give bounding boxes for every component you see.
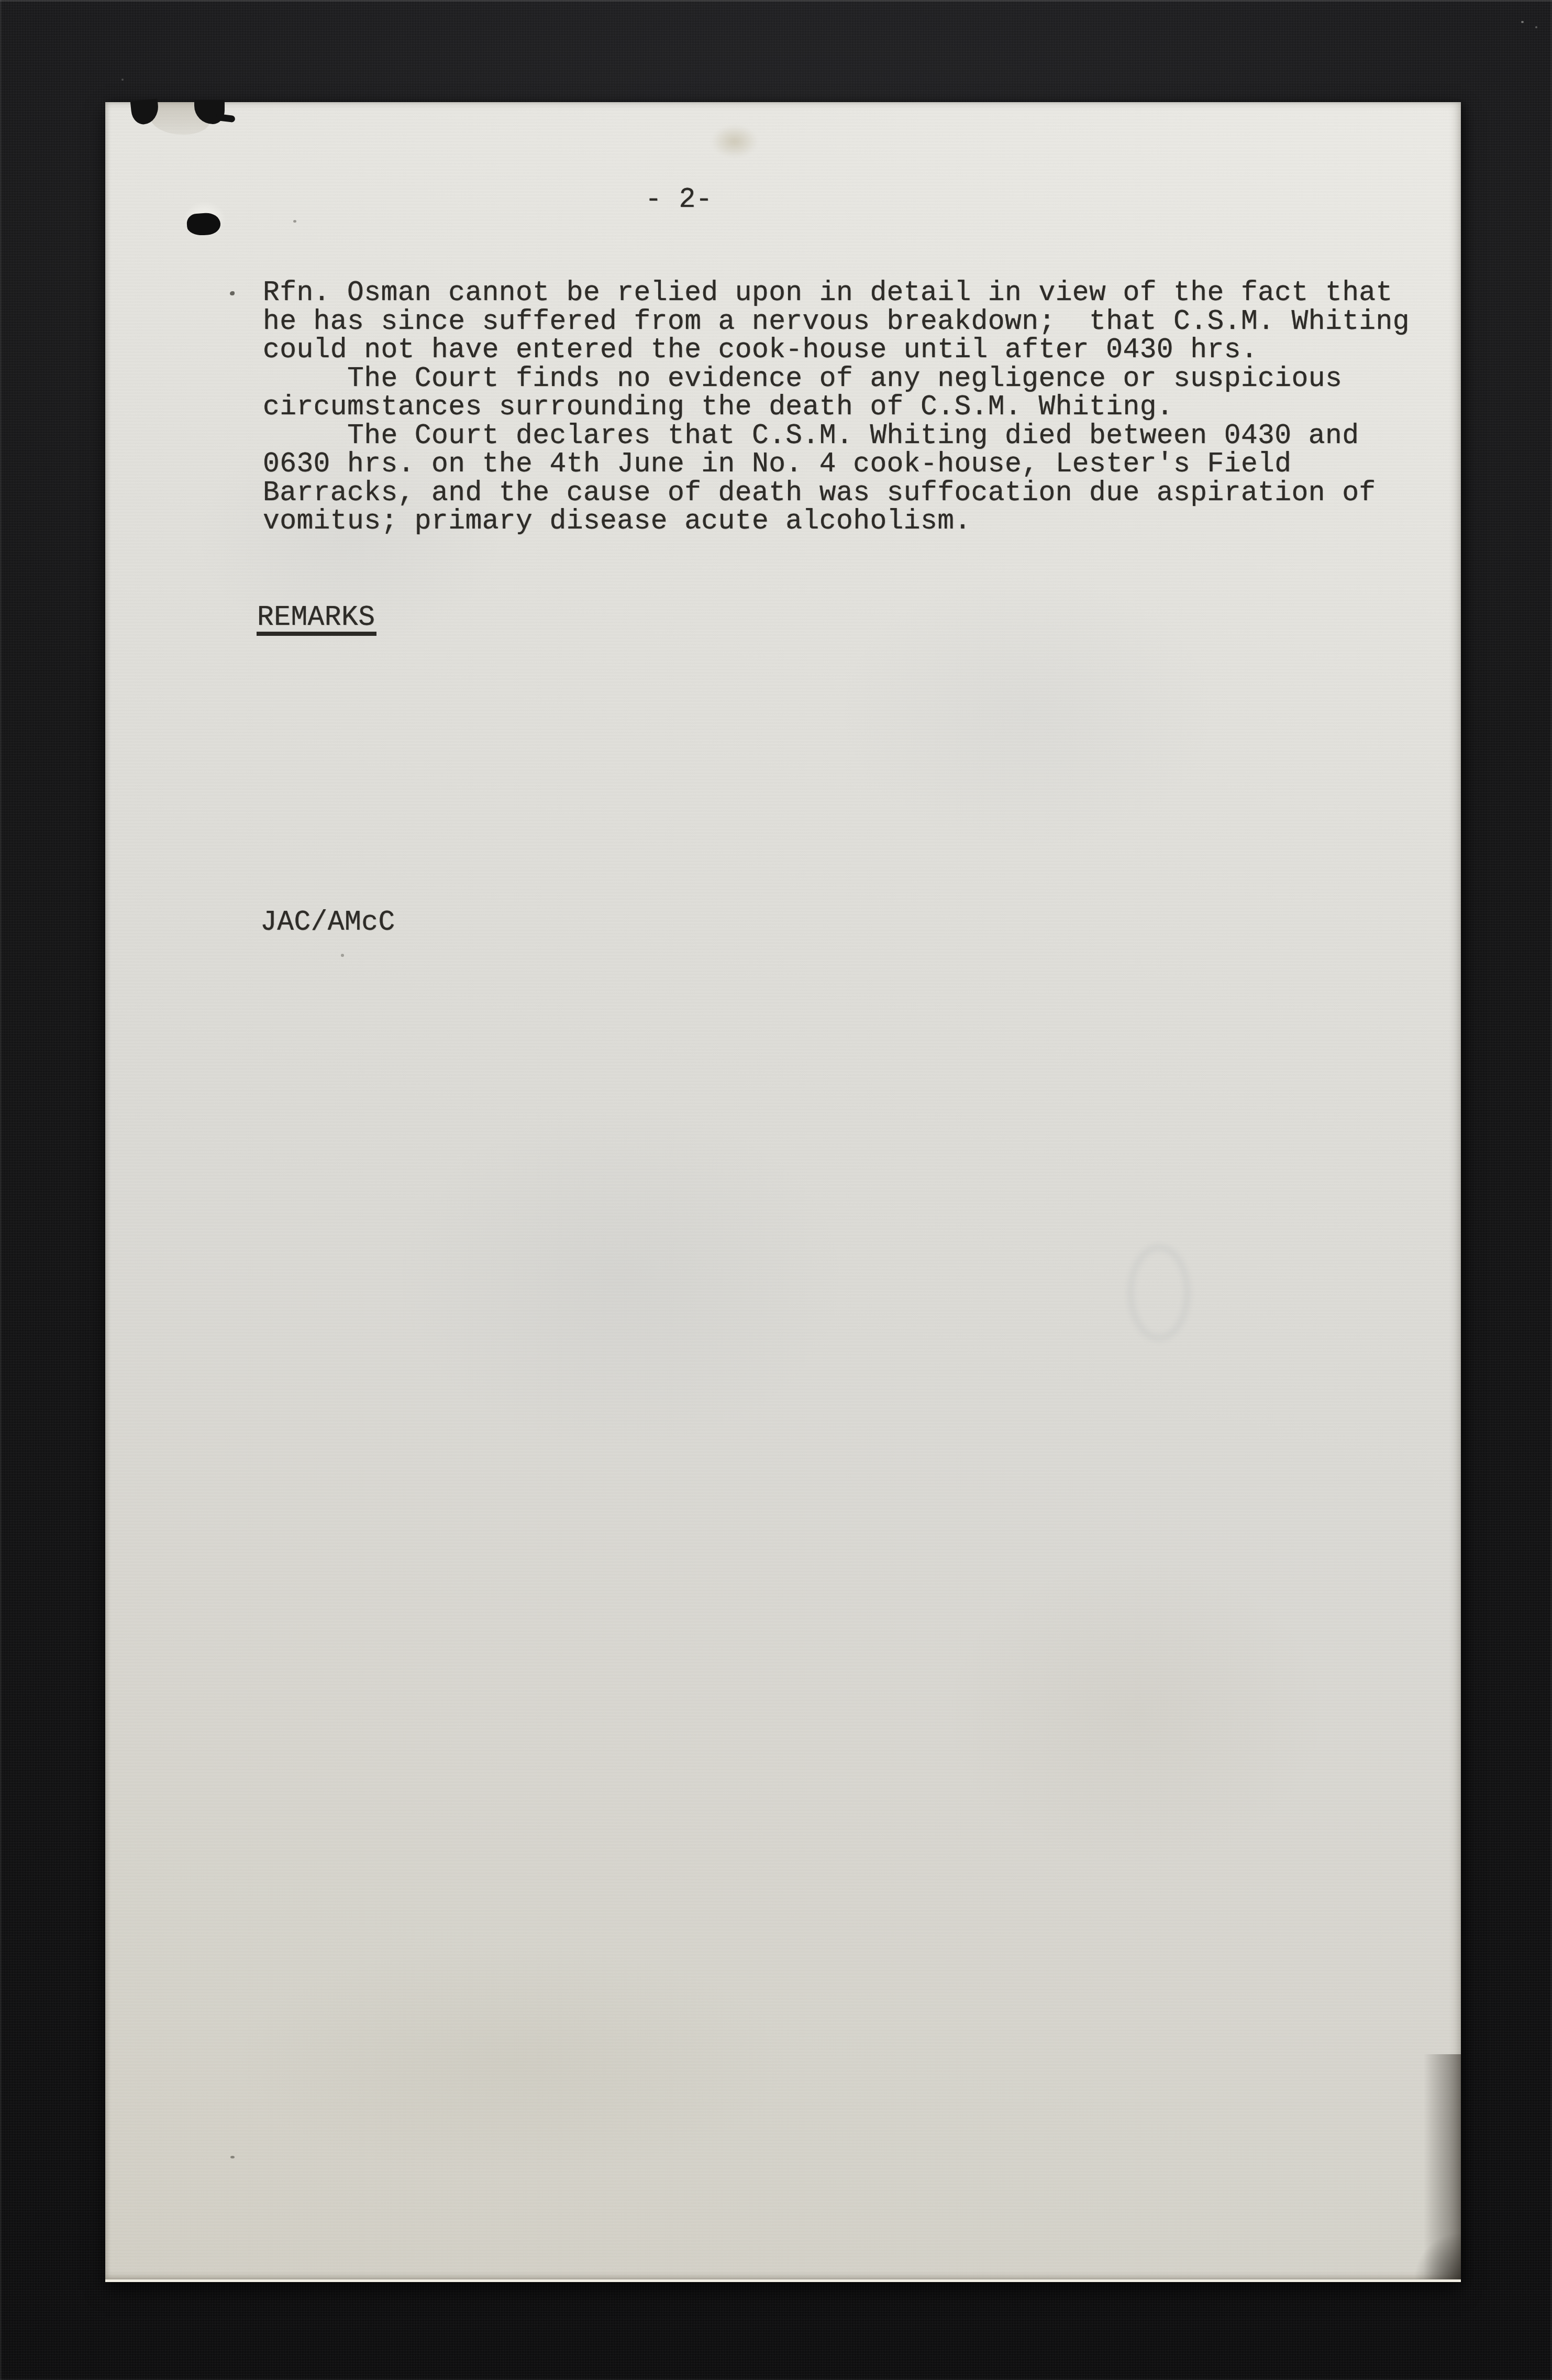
curled-corner-shadow	[1411, 2054, 1461, 2279]
text-line: circumstances surrounding the death of C…	[263, 393, 1410, 422]
text-line: The Court declares that C.S.M. Whiting d…	[263, 422, 1410, 450]
scan-background: - 2- Rfn. Osman cannot be relied upon in…	[0, 0, 1552, 2380]
document-page: - 2- Rfn. Osman cannot be relied upon in…	[105, 102, 1461, 2282]
document-body: Rfn. Osman cannot be relied upon in deta…	[263, 279, 1410, 536]
dust-speck	[1521, 21, 1524, 23]
ink-speck	[230, 291, 235, 295]
dust-speck	[121, 79, 124, 81]
text-line: he has since suffered from a nervous bre…	[263, 307, 1410, 336]
text-line: vomitus; primary disease acute alcoholis…	[263, 507, 1410, 536]
text-line: 0630 hrs. on the 4th June in No. 4 cook-…	[263, 450, 1410, 479]
remarks-heading: REMARKS	[257, 604, 376, 636]
page-number: - 2-	[645, 186, 713, 214]
stain-smudge	[712, 125, 758, 158]
text-line: Rfn. Osman cannot be relied upon in deta…	[263, 279, 1410, 307]
text-line: could not have entered the cook-house un…	[263, 336, 1410, 365]
text-line: The Court finds no evidence of any negli…	[263, 365, 1410, 393]
faint-watermark	[1127, 1244, 1191, 1341]
ink-speck	[341, 954, 344, 957]
ink-speck	[293, 220, 296, 223]
remarks-section: REMARKS	[257, 604, 376, 636]
text-line: Barracks, and the cause of death was suf…	[263, 479, 1410, 508]
typist-initials: JAC/AMcC	[260, 909, 395, 936]
dust-speck	[1535, 26, 1537, 28]
ink-speck	[230, 2156, 235, 2158]
